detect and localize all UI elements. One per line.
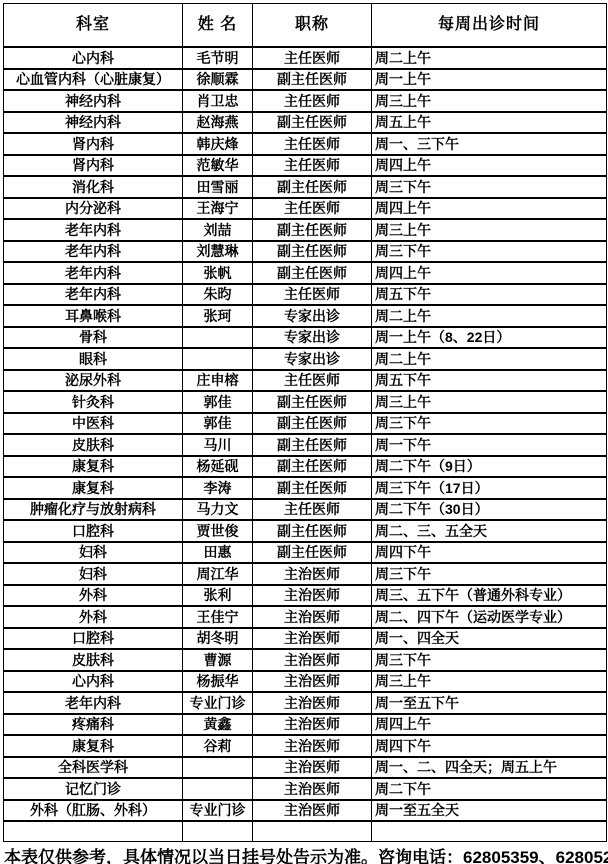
cell-department: 皮肤科	[4, 435, 183, 457]
header-name: 姓 名	[183, 4, 253, 48]
cell-name: 郭佳	[183, 392, 253, 414]
cell-name	[183, 779, 253, 801]
cell-department: 眼科	[4, 349, 183, 371]
cell-title: 主任医师	[253, 156, 372, 178]
cell-schedule: 周五下午	[372, 285, 606, 307]
cell-department: 耳鼻喉科	[4, 306, 183, 328]
cell-name: 张帆	[183, 263, 253, 285]
cell-name: 周江华	[183, 564, 253, 586]
header-schedule: 每周出诊时间	[372, 4, 606, 48]
cell-name: 黄鑫	[183, 715, 253, 737]
cell-department: 记忆门诊	[4, 779, 183, 801]
cell-title: 主治医师	[253, 801, 372, 823]
cell-name	[183, 349, 253, 371]
cell-schedule: 周三上午	[372, 672, 606, 694]
cell-schedule: 周二下午（30日）	[372, 500, 606, 522]
cell-department: 骨科	[4, 328, 183, 350]
footer-note: 本表仅供参考，具体情况以当日挂号处告示为准。咨询电话：62805359、6280…	[4, 843, 608, 864]
cell-name: 胡冬明	[183, 629, 253, 651]
cell-schedule: 周三、五下午（普通外科专业）	[372, 586, 606, 608]
cell-title: 主任医师	[253, 91, 372, 113]
cell-schedule: 周三下午	[372, 242, 606, 264]
cell-department: 内分泌科	[4, 199, 183, 221]
cell-name: 庄申榕	[183, 371, 253, 393]
cell-schedule: 周一至五下午	[372, 693, 606, 715]
cell-name: 专业门诊	[183, 693, 253, 715]
cell-schedule: 周三上午	[372, 220, 606, 242]
cell-schedule: 周一下午	[372, 435, 606, 457]
cell-schedule: 周五下午	[372, 371, 606, 393]
cell-schedule: 周二上午	[372, 48, 606, 70]
cell-title: 副主任医师	[253, 70, 372, 92]
cell-name: 郭佳	[183, 414, 253, 436]
cell-name: 杨振华	[183, 672, 253, 694]
cell-name: 李涛	[183, 478, 253, 500]
cell-name: 赵海燕	[183, 113, 253, 135]
cell-schedule: 周四下午	[372, 543, 606, 565]
cell-title: 副主任医师	[253, 521, 372, 543]
cell-department: 皮肤科	[4, 650, 183, 672]
cell-name: 谷莉	[183, 736, 253, 758]
header-title: 职称	[253, 4, 372, 48]
cell-department: 全科医学科	[4, 758, 183, 780]
cell-title: 主治医师	[253, 779, 372, 801]
cell-department: 口腔科	[4, 521, 183, 543]
cell-title: 副主任医师	[253, 242, 372, 264]
cell-title: 主治医师	[253, 564, 372, 586]
cell-name: 王海宁	[183, 199, 253, 221]
cell-schedule: 周五上午	[372, 113, 606, 135]
cell-name	[183, 758, 253, 780]
cell-name: 王佳宁	[183, 607, 253, 629]
cell-department: 外科	[4, 607, 183, 629]
cell-title: 专家出诊	[253, 328, 372, 350]
cell-title: 主任医师	[253, 199, 372, 221]
cell-name: 徐顺霖	[183, 70, 253, 92]
cell-department: 心内科	[4, 48, 183, 70]
cell-schedule	[372, 822, 606, 841]
cell-schedule: 周三下午	[372, 177, 606, 199]
cell-title: 主治医师	[253, 586, 372, 608]
cell-name: 朱昀	[183, 285, 253, 307]
cell-schedule: 周二、三、五全天	[372, 521, 606, 543]
cell-schedule: 周四上午	[372, 156, 606, 178]
cell-title: 主治医师	[253, 715, 372, 737]
cell-department: 妇科	[4, 543, 183, 565]
cell-department: 外科	[4, 586, 183, 608]
cell-title: 副主任医师	[253, 392, 372, 414]
cell-name	[183, 328, 253, 350]
cell-department	[4, 822, 183, 841]
cell-department: 肾内科	[4, 134, 183, 156]
cell-title: 主任医师	[253, 500, 372, 522]
cell-schedule: 周三下午	[372, 564, 606, 586]
cell-schedule: 周四上午	[372, 199, 606, 221]
cell-title: 主治医师	[253, 672, 372, 694]
cell-name: 杨延砚	[183, 457, 253, 479]
cell-department: 康复科	[4, 736, 183, 758]
cell-department: 疼痛科	[4, 715, 183, 737]
cell-schedule: 周二下午	[372, 779, 606, 801]
cell-department: 老年内科	[4, 263, 183, 285]
cell-title: 副主任医师	[253, 435, 372, 457]
cell-department: 心血管内科（心脏康复）	[4, 70, 183, 92]
cell-schedule: 周二上午	[372, 306, 606, 328]
cell-department: 神经内科	[4, 91, 183, 113]
cell-title: 主任医师	[253, 371, 372, 393]
cell-schedule: 周一上午	[372, 70, 606, 92]
cell-title	[253, 822, 372, 841]
cell-title: 副主任医师	[253, 478, 372, 500]
cell-department: 康复科	[4, 457, 183, 479]
cell-name: 田雪丽	[183, 177, 253, 199]
cell-title: 主任医师	[253, 285, 372, 307]
cell-department: 泌尿外科	[4, 371, 183, 393]
cell-title: 专家出诊	[253, 306, 372, 328]
cell-title: 主治医师	[253, 736, 372, 758]
cell-department: 消化科	[4, 177, 183, 199]
cell-schedule: 周二下午（9日）	[372, 457, 606, 479]
cell-schedule: 周二上午	[372, 349, 606, 371]
cell-department: 外科（肛肠、外科）	[4, 801, 183, 823]
cell-schedule: 周一、四全天	[372, 629, 606, 651]
cell-title: 副主任医师	[253, 220, 372, 242]
cell-title: 主治医师	[253, 607, 372, 629]
cell-schedule: 周一上午（8、22日）	[372, 328, 606, 350]
cell-department: 妇科	[4, 564, 183, 586]
cell-name: 张珂	[183, 306, 253, 328]
cell-department: 肾内科	[4, 156, 183, 178]
cell-name: 刘喆	[183, 220, 253, 242]
cell-title: 主治医师	[253, 693, 372, 715]
header-department: 科室	[4, 4, 183, 48]
cell-department: 肿瘤化疗与放射病科	[4, 500, 183, 522]
cell-schedule: 周四上午	[372, 715, 606, 737]
cell-title: 主任医师	[253, 134, 372, 156]
cell-department: 老年内科	[4, 285, 183, 307]
cell-title: 副主任医师	[253, 543, 372, 565]
cell-name	[183, 822, 253, 841]
cell-title: 主任医师	[253, 48, 372, 70]
cell-name: 曹源	[183, 650, 253, 672]
cell-schedule: 周一至五全天	[372, 801, 606, 823]
cell-title: 副主任医师	[253, 414, 372, 436]
cell-name: 马力文	[183, 500, 253, 522]
cell-title: 副主任医师	[253, 113, 372, 135]
cell-schedule: 周三上午	[372, 91, 606, 113]
cell-department: 老年内科	[4, 693, 183, 715]
cell-department: 康复科	[4, 478, 183, 500]
cell-name: 范敏华	[183, 156, 253, 178]
cell-schedule: 周一、三下午	[372, 134, 606, 156]
cell-title: 主治医师	[253, 650, 372, 672]
cell-name: 田惠	[183, 543, 253, 565]
doctor-schedule-table: 科室 姓 名 职称 每周出诊时间 心内科毛节明主任医师周二上午心血管内科（心脏康…	[3, 3, 607, 842]
cell-schedule: 周三下午（17日）	[372, 478, 606, 500]
cell-department: 中医科	[4, 414, 183, 436]
cell-name: 张利	[183, 586, 253, 608]
cell-title: 副主任医师	[253, 263, 372, 285]
cell-department: 针灸科	[4, 392, 183, 414]
cell-name: 刘慧琳	[183, 242, 253, 264]
cell-schedule: 周三上午	[372, 392, 606, 414]
cell-schedule: 周三下午	[372, 650, 606, 672]
cell-schedule: 周二、四下午（运动医学专业）	[372, 607, 606, 629]
cell-department: 神经内科	[4, 113, 183, 135]
cell-schedule: 周四下午	[372, 736, 606, 758]
cell-name: 贾世俊	[183, 521, 253, 543]
cell-department: 心内科	[4, 672, 183, 694]
cell-title: 主治医师	[253, 629, 372, 651]
cell-name: 专业门诊	[183, 801, 253, 823]
cell-schedule: 周四上午	[372, 263, 606, 285]
cell-name: 韩庆烽	[183, 134, 253, 156]
cell-schedule: 周三下午	[372, 414, 606, 436]
cell-title: 副主任医师	[253, 177, 372, 199]
cell-department: 老年内科	[4, 220, 183, 242]
cell-title: 专家出诊	[253, 349, 372, 371]
cell-department: 口腔科	[4, 629, 183, 651]
cell-name: 马川	[183, 435, 253, 457]
cell-name: 毛节明	[183, 48, 253, 70]
cell-title: 主治医师	[253, 758, 372, 780]
cell-title: 副主任医师	[253, 457, 372, 479]
cell-department: 老年内科	[4, 242, 183, 264]
cell-name: 肖卫忠	[183, 91, 253, 113]
cell-schedule: 周一、二、四全天；周五上午	[372, 758, 606, 780]
